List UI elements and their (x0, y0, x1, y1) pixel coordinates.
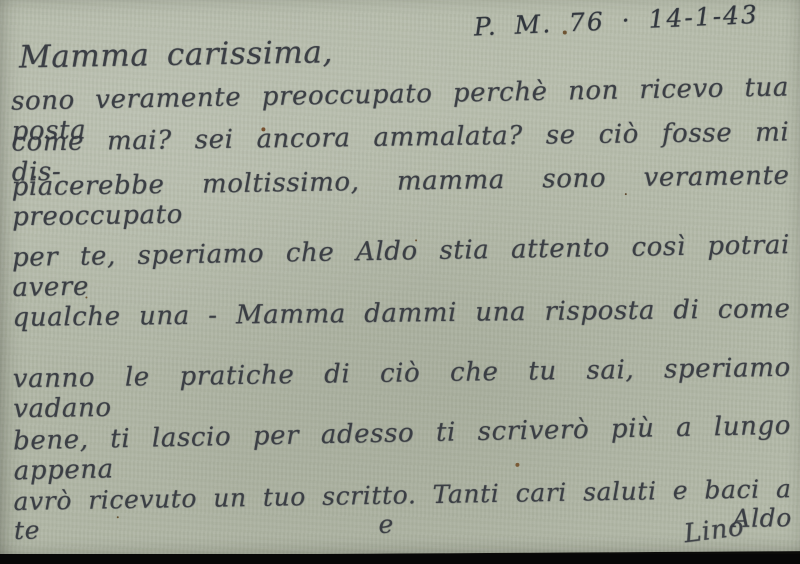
body-line-3: piacerebbe moltissimo, mamma sono verame… (11, 161, 790, 233)
scan-edge (0, 554, 800, 564)
date-line: P. M. 76 · 14-1-43 (473, 0, 759, 42)
signature: Lino (682, 512, 746, 549)
postcard-paper: P. M. 76 · 14-1-43 Mamma carissima, sono… (0, 0, 800, 556)
postcard-scan: P. M. 76 · 14-1-43 Mamma carissima, sono… (0, 0, 800, 564)
body-line-4: per te, speriamo che Aldo stia attento c… (12, 230, 791, 303)
body-line-8: avrò ricevuto un tuo scritto. Tanti cari… (13, 474, 792, 545)
salutation-line: Mamma carissima, (19, 34, 334, 75)
